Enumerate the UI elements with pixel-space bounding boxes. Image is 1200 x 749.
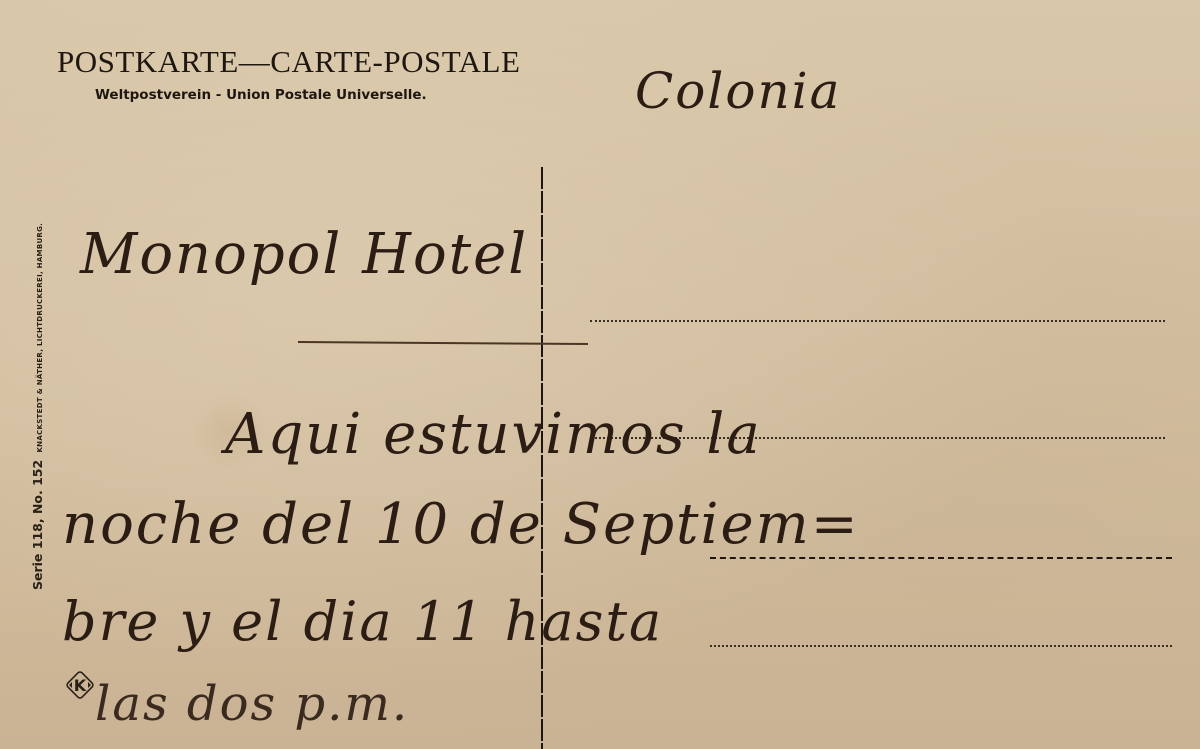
publisher-name: KNACKSTEDT & NÄTHER, LICHTDRUCKEREI, HAM…: [36, 223, 44, 453]
postcard-title: POSTKARTE—CARTE-POSTALE: [57, 44, 520, 80]
series-number: Serie 118, No. 152: [30, 460, 45, 590]
address-line-1: [590, 320, 1165, 322]
handwritten-line-1: Aqui estuvimos la: [225, 402, 762, 467]
publisher-imprint: Serie 118, No. 152 KNACKSTEDT & NÄTHER, …: [30, 223, 46, 590]
handwritten-line-3: bre y el dia 11 hasta: [62, 590, 663, 653]
pen-underline: [298, 341, 588, 345]
diamond-monogram-icon: K: [63, 668, 97, 702]
handwritten-hotel: Monopol Hotel: [80, 222, 528, 287]
handwritten-place: Colonia: [635, 62, 841, 120]
publisher-logo: K: [63, 668, 97, 702]
postcard-back: POSTKARTE—CARTE-POSTALE Weltpostverein -…: [0, 0, 1200, 749]
address-line-4: [710, 645, 1172, 647]
postal-union-subtitle: Weltpostverein - Union Postale Universel…: [95, 87, 427, 103]
svg-text:K: K: [74, 676, 87, 695]
handwritten-line-2: noche del 10 de Septiem=: [62, 492, 860, 557]
handwritten-line-4: las dos p.m.: [95, 676, 409, 732]
address-line-3: [710, 557, 1172, 559]
